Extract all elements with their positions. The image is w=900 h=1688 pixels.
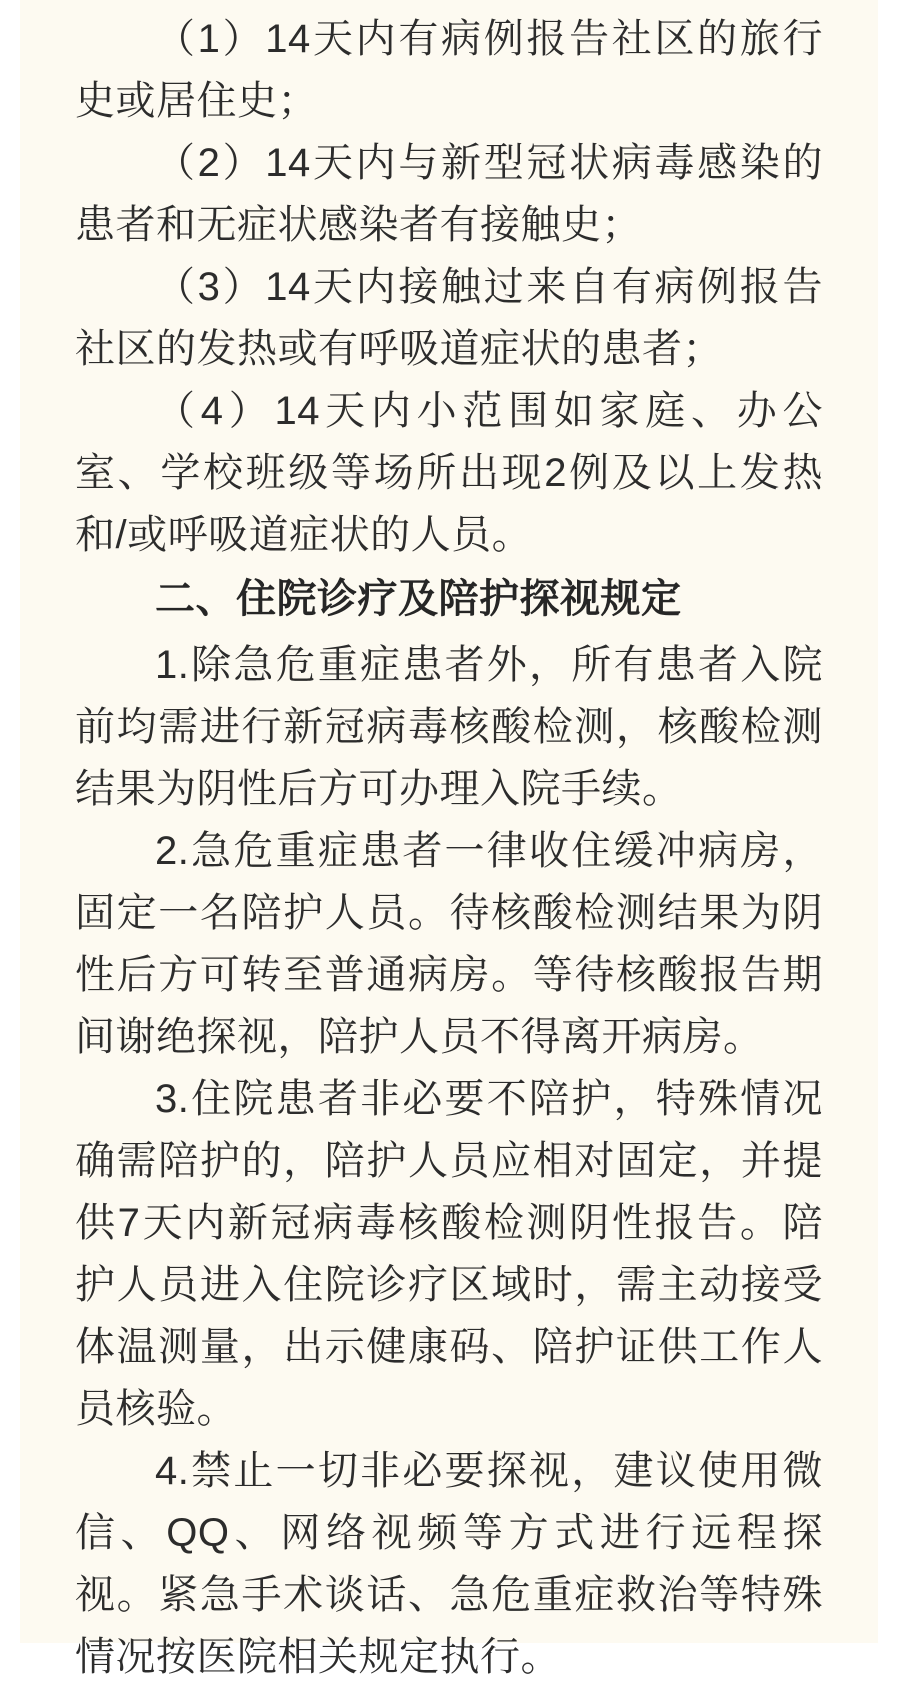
article-paragraph: （4）14天内小范围如家庭、办公室、学校班级等场所出现2例及以上发热和/或呼吸道… — [75, 380, 823, 566]
article-paragraph: 3.住院患者非必要不陪护，特殊情况确需陪护的，陪护人员应相对固定，并提供7天内新… — [75, 1068, 823, 1440]
article-paragraph: 1.除急危重症患者外，所有患者入院前均需进行新冠病毒核酸检测，核酸检测结果为阴性… — [75, 634, 823, 820]
article-paragraph: （3）14天内接触过来自有病例报告社区的发热或有呼吸道症状的患者； — [75, 256, 823, 380]
article-paragraph: 4.禁止一切非必要探视，建议使用微信、QQ、网络视频等方式进行远程探视。紧急手术… — [75, 1440, 823, 1643]
article-body: （1）14天内有病例报告社区的旅行史或居住史；（2）14天内与新型冠状病毒感染的… — [75, 8, 823, 1643]
article-paragraph: （1）14天内有病例报告社区的旅行史或居住史； — [75, 8, 823, 132]
article-page: （1）14天内有病例报告社区的旅行史或居住史；（2）14天内与新型冠状病毒感染的… — [20, 0, 878, 1643]
section-heading: 二、住院诊疗及陪护探视规定 — [75, 568, 823, 630]
article-paragraph: （2）14天内与新型冠状病毒感染的患者和无症状感染者有接触史； — [75, 132, 823, 256]
article-paragraph: 2.急危重症患者一律收住缓冲病房，固定一名陪护人员。待核酸检测结果为阴性后方可转… — [75, 820, 823, 1068]
